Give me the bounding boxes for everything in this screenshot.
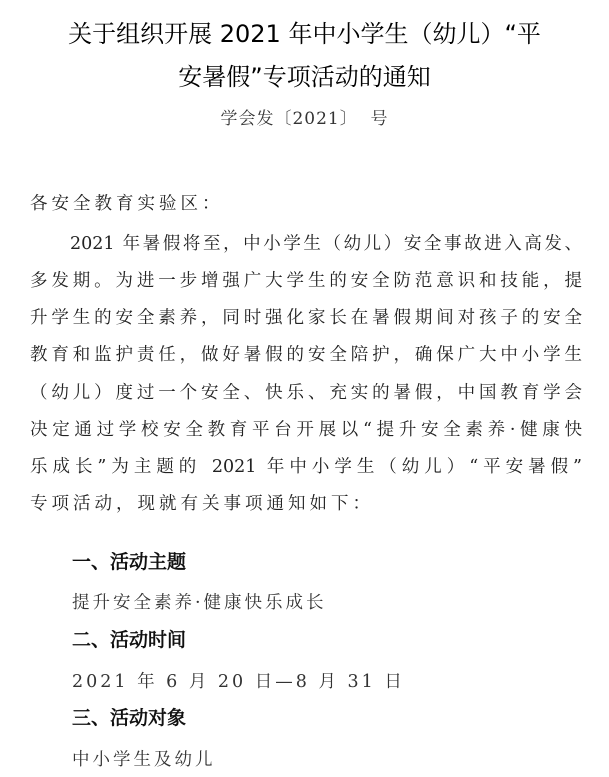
salutation: 各安全教育实验区： (30, 192, 582, 216)
body-line-5: （幼儿）度过一个安全、快乐、充实的暑假，中国教育学会 (30, 381, 582, 405)
body-line-7: 乐成长”为主题的 2021 年中小学生（幼儿）“平安暑假” (30, 455, 582, 479)
body-line-8: 专项活动，现就有关事项通知如下： (30, 492, 582, 516)
section-heading-time: 二、活动时间 (72, 628, 186, 652)
document-number: 学会发〔2021〕 号 (0, 108, 609, 130)
section-content-theme: 提升安全素养·健康快乐成长 (72, 591, 327, 615)
body-line-1: 2021 年暑假将至，中小学生（幼儿）安全事故进入高发、 (70, 232, 582, 256)
section-content-audience: 中小学生及幼儿 (72, 748, 216, 772)
document-page: 关于组织开展 2021 年中小学生（幼儿）“平 安暑假”专项活动的通知 学会发〔… (0, 0, 609, 777)
body-line-4: 教育和监护责任，做好暑假的安全陪护，确保广大中小学生 (30, 343, 582, 367)
section-content-time: 2021 年 6 月 20 日—8 月 31 日 (72, 670, 405, 694)
body-line-2: 多发期。为进一步增强广大学生的安全防范意识和技能，提 (30, 269, 582, 293)
document-title-line-2: 安暑假”专项活动的通知 (0, 63, 609, 91)
document-title-line-1: 关于组织开展 2021 年中小学生（幼儿）“平 (0, 20, 609, 48)
body-line-3: 升学生的安全素养，同时强化家长在暑假期间对孩子的安全 (30, 306, 582, 330)
section-heading-audience: 三、活动对象 (72, 706, 186, 730)
section-heading-theme: 一、活动主题 (72, 550, 186, 574)
body-line-6: 决定通过学校安全教育平台开展以“提升安全素养·健康快 (30, 418, 582, 442)
